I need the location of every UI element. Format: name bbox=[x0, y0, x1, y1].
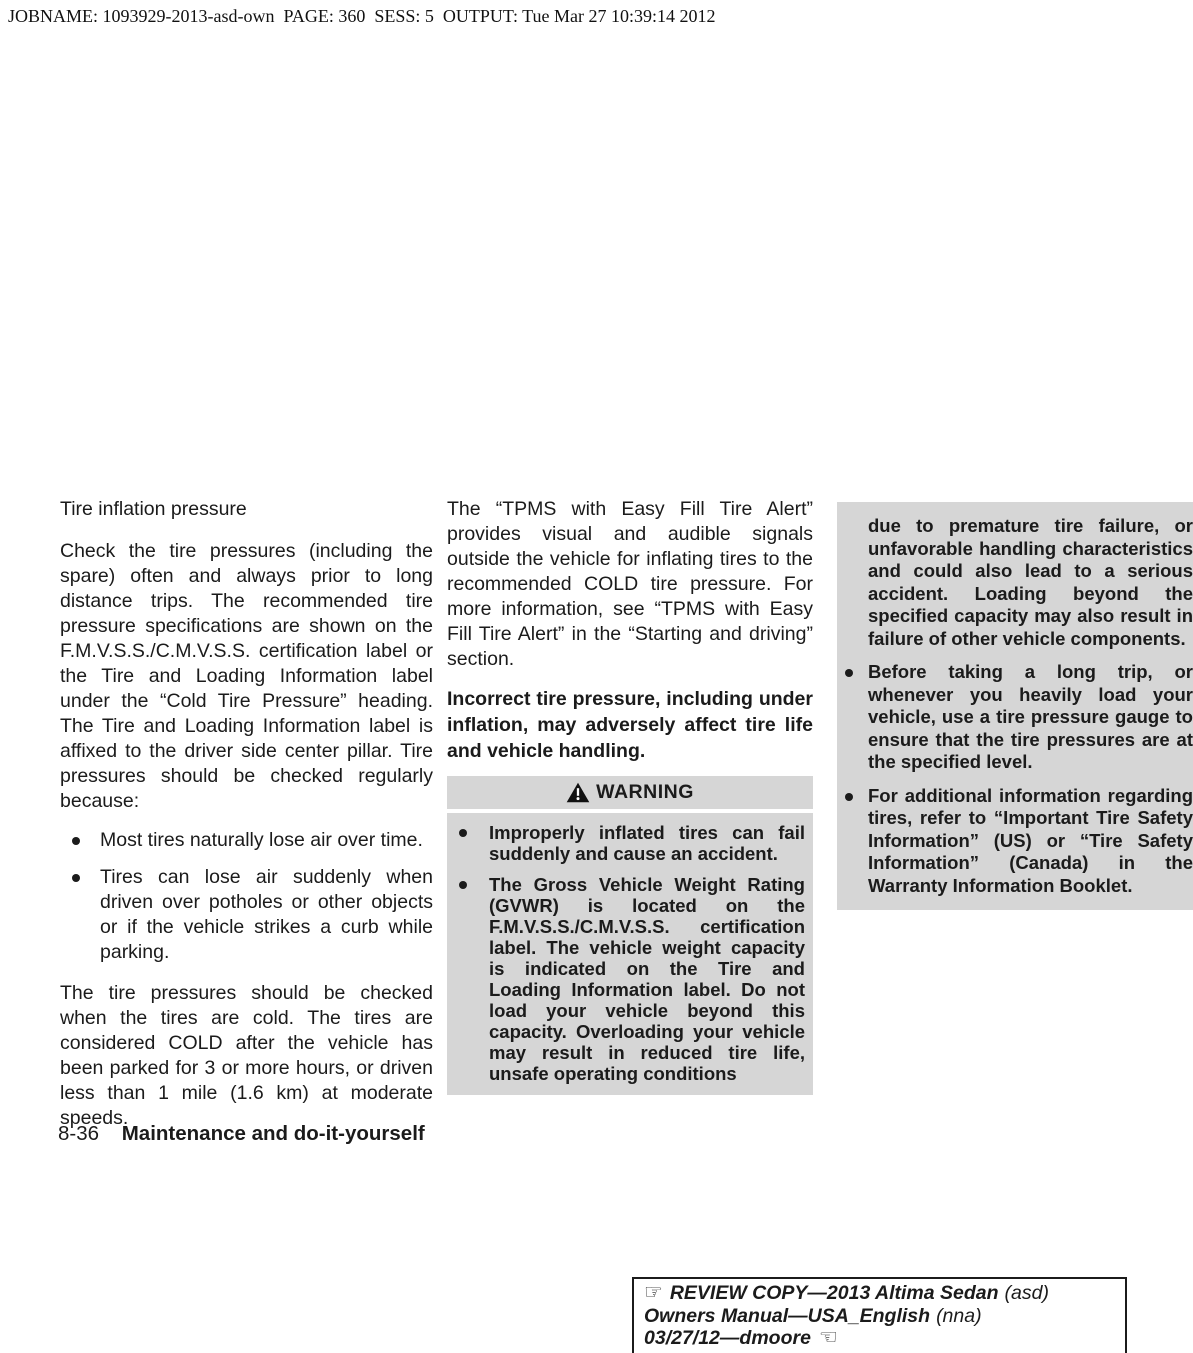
bullet-icon bbox=[845, 669, 853, 677]
paragraph-tpms: The “TPMS with Easy Fill Tire Alert” pro… bbox=[447, 497, 813, 672]
list-item-text: Most tires naturally lose air over time. bbox=[100, 828, 433, 853]
job-header-line: JOBNAME: 1093929-2013-asd-own PAGE: 360 … bbox=[8, 6, 715, 27]
warning-list-item-text: Improperly inflated tires can fail sudde… bbox=[489, 822, 805, 864]
warning-list-item: Before taking a long trip, or whenever y… bbox=[837, 661, 1193, 774]
warning-body: Improperly inflated tires can fail sudde… bbox=[447, 813, 813, 1095]
review-copy-line: Owners Manual—USA_English(nna) bbox=[644, 1305, 1117, 1328]
pointing-hand-left-icon: ☜ bbox=[819, 1326, 838, 1349]
warning-list-item-text: The Gross Vehicle Weight Rating (GVWR) i… bbox=[489, 874, 805, 1084]
list-item: Most tires naturally lose air over time. bbox=[60, 828, 433, 853]
warning-header: WARNING bbox=[447, 776, 813, 809]
manual-page: JOBNAME: 1093929-2013-asd-own PAGE: 360 … bbox=[0, 0, 1193, 1353]
paragraph-incorrect-pressure: Incorrect tire pressure, including under… bbox=[447, 686, 813, 764]
section-title: Maintenance and do-it-yourself bbox=[122, 1122, 425, 1145]
paragraph-check-pressures: Check the tire pressures (including the … bbox=[60, 539, 433, 814]
bullet-icon bbox=[845, 793, 853, 801]
review-copy-title: REVIEW COPY—2013 Altima Sedan bbox=[670, 1282, 999, 1304]
list-item-text: Tires can lose air suddenly when driven … bbox=[100, 865, 433, 965]
warning-list-item: Improperly inflated tires can fail sudde… bbox=[447, 822, 805, 864]
warning-list-item-text: Before taking a long trip, or whenever y… bbox=[868, 661, 1193, 774]
warning-continuation-box: due to premature tire failure, or unfavo… bbox=[837, 502, 1193, 910]
bullet-icon bbox=[459, 881, 467, 889]
review-copy-manual: Owners Manual—USA_English bbox=[644, 1305, 930, 1327]
review-copy-box: ☞REVIEW COPY—2013 Altima Sedan(asd) Owne… bbox=[632, 1277, 1127, 1353]
warning-triangle-icon bbox=[566, 782, 590, 803]
warning-title: WARNING bbox=[596, 781, 694, 804]
bullet-icon bbox=[72, 874, 80, 882]
section-heading-tire-inflation-pressure: Tire inflation pressure bbox=[60, 497, 433, 522]
bullet-icon bbox=[72, 837, 80, 845]
review-copy-line: ☞REVIEW COPY—2013 Altima Sedan(asd) bbox=[644, 1282, 1117, 1305]
warning-list-item: The Gross Vehicle Weight Rating (GVWR) i… bbox=[447, 874, 805, 1084]
paragraph-cold-tires: The tire pressures should be checked whe… bbox=[60, 981, 433, 1131]
review-copy-date-author: 03/27/12—dmoore bbox=[644, 1327, 811, 1349]
warning-list-item: For additional information regarding tir… bbox=[837, 785, 1193, 898]
warning-list-item-text: For additional information regarding tir… bbox=[868, 785, 1193, 898]
review-copy-line: 03/27/12—dmoore☜ bbox=[644, 1327, 1117, 1350]
column-left: Tire inflation pressure Check the tire p… bbox=[60, 497, 433, 1145]
page-number: 8-36 bbox=[58, 1122, 99, 1145]
column-middle: The “TPMS with Easy Fill Tire Alert” pro… bbox=[447, 497, 813, 1095]
pointing-hand-right-icon: ☞ bbox=[644, 1281, 663, 1304]
list-item: Tires can lose air suddenly when driven … bbox=[60, 865, 433, 965]
review-copy-code: (nna) bbox=[936, 1305, 982, 1327]
review-copy-code: (asd) bbox=[1005, 1282, 1049, 1304]
warning-continuation-text: due to premature tire failure, or unfavo… bbox=[868, 515, 1193, 650]
bullet-icon bbox=[459, 829, 467, 837]
page-footer: 8-36 Maintenance and do-it-yourself bbox=[58, 1122, 425, 1146]
warning-box: WARNING Improperly inflated tires can fa… bbox=[447, 776, 813, 1095]
